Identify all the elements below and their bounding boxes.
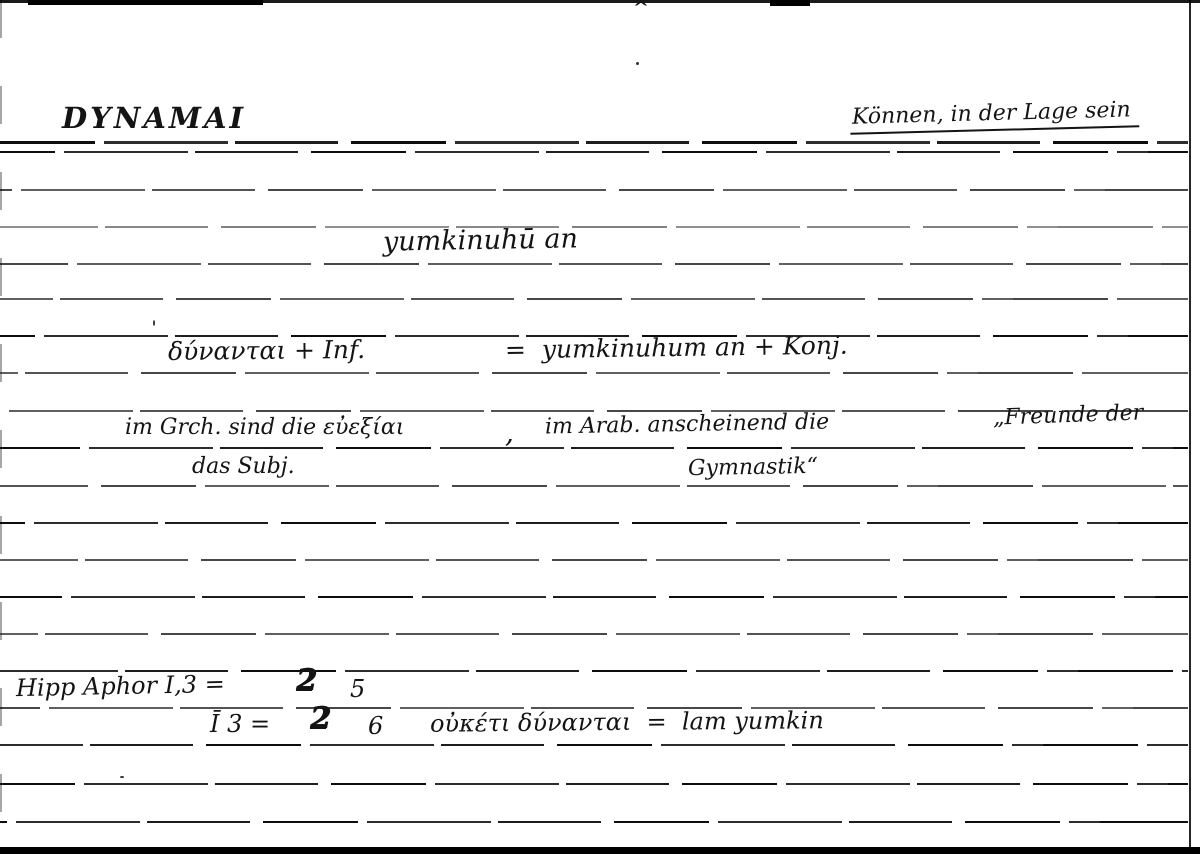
subject-note-line2: das Subj. <box>192 455 295 479</box>
reference-row2-citation: Ī 3 = <box>210 711 270 737</box>
ruled-line <box>0 744 1188 746</box>
ruled-line <box>0 372 1188 374</box>
ruled-line <box>0 783 1188 785</box>
ruled-line <box>0 226 1188 228</box>
subject-note-quote-close: Gymnastik“ <box>688 455 818 481</box>
card-title-gloss: Können, in der Lage sein <box>850 98 1139 135</box>
reference-row2-number: 2 <box>310 702 331 735</box>
ink-speck <box>153 320 155 326</box>
index-card-scan: ^ DYNAMAI Können, in der Lage sein yumki… <box>0 0 1200 854</box>
scan-edge-left <box>0 0 2 854</box>
equivalence-arabic: = yumkinuhum an + Konj. <box>505 332 848 364</box>
stray-ink-mark: ^ <box>633 0 649 19</box>
reference-row1-page: 5 <box>350 676 365 702</box>
ruled-line <box>0 633 1188 635</box>
scan-edge-bottom <box>0 847 1200 854</box>
equivalence-greek: δύνανται + Inf. <box>168 336 365 366</box>
reference-row1-citation: Hipp Aphor I,3 = <box>16 671 225 702</box>
ink-speck <box>120 776 124 778</box>
subject-note-comma: , <box>505 418 514 449</box>
subject-note-quote-open: „Freunde der <box>993 401 1144 430</box>
ruled-line <box>0 298 1188 300</box>
ruled-line <box>0 485 1188 487</box>
ink-speck <box>636 62 639 65</box>
card-title: DYNAMAI <box>62 103 246 135</box>
reference-row2-page: 6 <box>368 713 383 739</box>
subject-note-greek: im Grch. sind die εὐεξίαι <box>125 416 404 440</box>
arabic-phrase: yumkinuhū an <box>383 224 578 257</box>
ruled-line <box>0 189 1188 191</box>
scan-edge-right <box>1189 0 1191 854</box>
ruled-line <box>0 821 1188 823</box>
reference-row1-number: 2 <box>296 664 317 697</box>
scan-smudge <box>28 0 263 5</box>
ruled-line <box>0 447 1188 449</box>
reference-greek-equivalence: οὐκέτι δύνανται = lam yumkin <box>430 707 824 737</box>
subject-note-arabic: im Arab. anscheinend die <box>545 411 830 440</box>
ruled-line <box>0 522 1188 524</box>
ruled-line <box>0 559 1188 561</box>
ruled-line <box>0 596 1188 598</box>
ruled-line <box>0 263 1188 265</box>
scan-smudge <box>770 0 810 6</box>
ruled-line <box>0 151 1188 153</box>
ruled-line <box>0 141 1188 144</box>
